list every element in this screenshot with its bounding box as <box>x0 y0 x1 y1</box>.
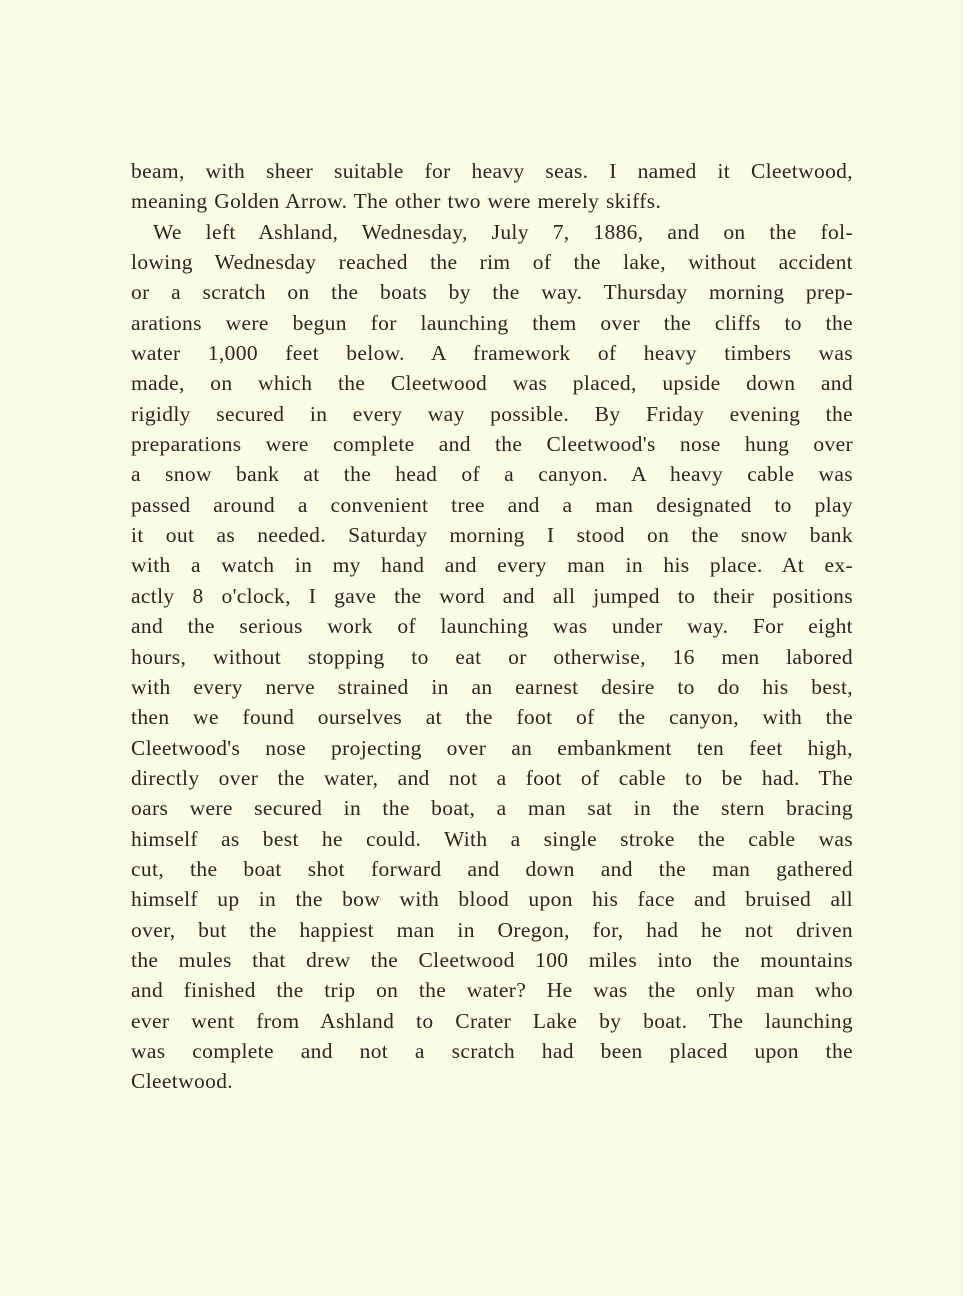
text-line: beam, with sheer suitable for heavy seas… <box>131 156 853 186</box>
text-line: We left Ashland, Wednesday, July 7, 1886… <box>131 217 853 247</box>
page-edge-shadow <box>957 0 963 1296</box>
book-page: beam, with sheer suitable for heavy seas… <box>0 0 963 1296</box>
text-line: preparations were complete and the Cleet… <box>131 429 853 459</box>
text-line: over, but the happiest man in Oregon, fo… <box>131 915 853 945</box>
text-line: actly 8 o'clock, I gave the word and all… <box>131 581 853 611</box>
paragraph-2: We left Ashland, Wednesday, July 7, 1886… <box>131 217 853 1097</box>
text-line: Cleetwood's nose projecting over an emba… <box>131 733 853 763</box>
text-line: a snow bank at the head of a canyon. A h… <box>131 459 853 489</box>
text-line: hours, without stopping to eat or otherw… <box>131 642 853 672</box>
text-line: and finished the trip on the water? He w… <box>131 975 853 1005</box>
text-line: himself as best he could. With a single … <box>131 824 853 854</box>
text-line: with every nerve strained in an earnest … <box>131 672 853 702</box>
text-line: or a scratch on the boats by the way. Th… <box>131 277 853 307</box>
text-line: ever went from Ashland to Crater Lake by… <box>131 1006 853 1036</box>
text-line: passed around a convenient tree and a ma… <box>131 490 853 520</box>
paragraph-1: beam, with sheer suitable for heavy seas… <box>131 156 853 217</box>
text-line: with a watch in my hand and every man in… <box>131 550 853 580</box>
text-line: water 1,000 feet below. A framework of h… <box>131 338 853 368</box>
text-line: himself up in the bow with blood upon hi… <box>131 884 853 914</box>
text-line: arations were begun for launching them o… <box>131 308 853 338</box>
text-line: the mules that drew the Cleetwood 100 mi… <box>131 945 853 975</box>
text-line: it out as needed. Saturday morning I sto… <box>131 520 853 550</box>
text-line: Cleetwood. <box>131 1066 853 1096</box>
text-line: directly over the water, and not a foot … <box>131 763 853 793</box>
text-line: was complete and not a scratch had been … <box>131 1036 853 1066</box>
body-text: beam, with sheer suitable for heavy seas… <box>131 156 853 1097</box>
text-line: made, on which the Cleetwood was placed,… <box>131 368 853 398</box>
text-line: rigidly secured in every way possible. B… <box>131 399 853 429</box>
text-line: lowing Wednesday reached the rim of the … <box>131 247 853 277</box>
text-line: and the serious work of launching was un… <box>131 611 853 641</box>
text-line: meaning Golden Arrow. The other two were… <box>131 186 853 216</box>
text-line: oars were secured in the boat, a man sat… <box>131 793 853 823</box>
text-line: cut, the boat shot forward and down and … <box>131 854 853 884</box>
text-line: then we found ourselves at the foot of t… <box>131 702 853 732</box>
